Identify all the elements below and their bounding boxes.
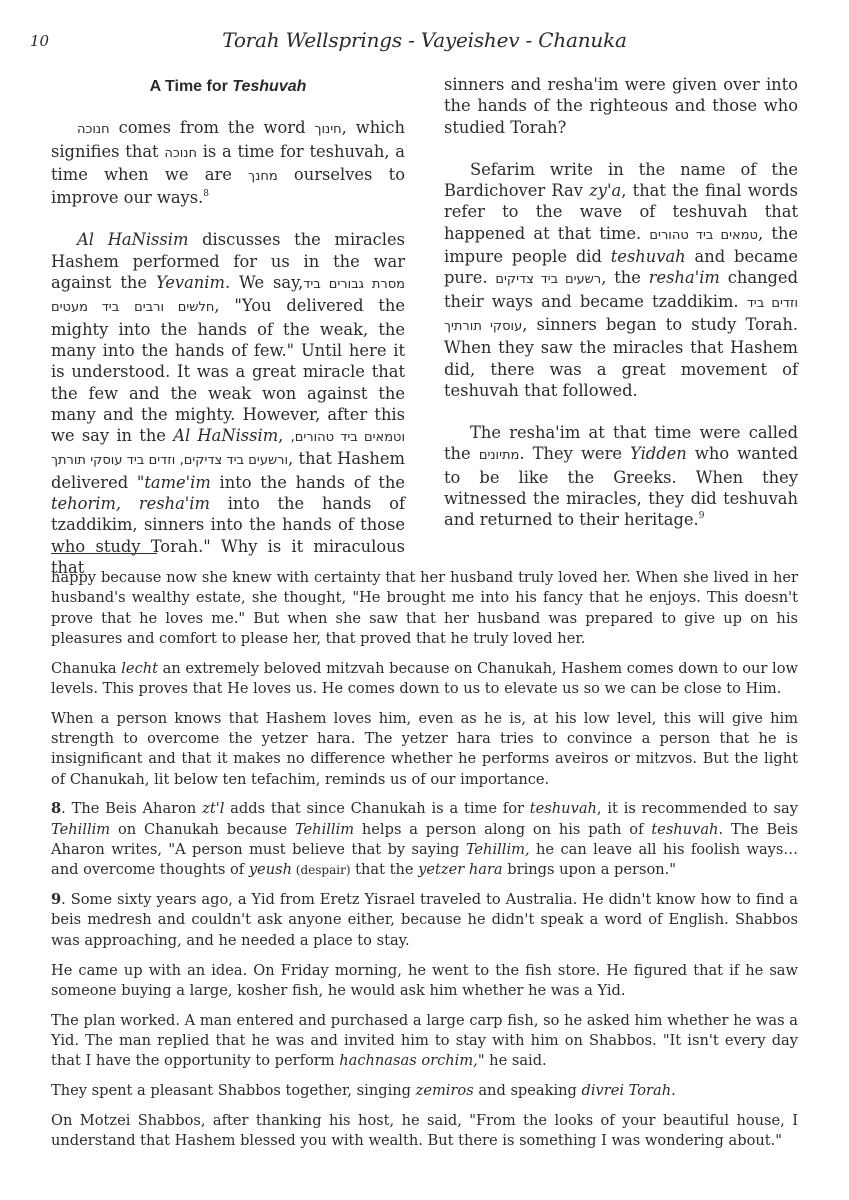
text-run: adds that since Chanukah is a time for	[224, 800, 529, 817]
hebrew-text: ביד מעטים	[51, 300, 119, 315]
text-run: . They were	[519, 444, 630, 463]
footnote-9-paragraph: They spent a pleasant Shabbos together, …	[51, 1081, 798, 1101]
text-run: that the	[351, 861, 419, 878]
hebrew-text: חנוכה	[164, 146, 197, 161]
italic-text: Tehillim	[51, 821, 110, 838]
main-text-columns: A Time for Teshuvah חנוכה comes from the…	[51, 74, 798, 599]
italic-text: Yidden	[630, 444, 687, 463]
footnote-9-paragraph: On Motzei Shabbos, after thanking his ho…	[51, 1111, 798, 1152]
footnote-continuation: Chanuka lecht an extremely beloved mitzv…	[51, 659, 798, 700]
footnote-number: 8	[51, 800, 61, 817]
italic-text: Al HaNissim	[173, 426, 278, 445]
right-column: sinners and resha'im were given over int…	[444, 74, 798, 599]
italic-text: zt'l	[202, 800, 224, 817]
book-title: Torah Wellsprings - Vayeishev - Chanuka	[30, 28, 819, 52]
footnote-9-paragraph: He came up with an idea. On Friday morni…	[51, 961, 798, 1002]
italic-text: Tehillim	[295, 821, 354, 838]
hebrew-text: מתיונים	[479, 448, 520, 463]
text-run: into the hands of the	[211, 473, 405, 492]
text-run: . We say,	[225, 273, 303, 292]
text-run: . The Beis Aharon	[61, 800, 202, 817]
footnote-number: 9	[51, 891, 61, 908]
paragraph-continuation: sinners and resha'im were given over int…	[444, 74, 798, 138]
italic-text: zy'a	[589, 181, 621, 200]
text-run: helps a person along on his path of	[354, 821, 651, 838]
text-run: and speaking	[474, 1082, 582, 1099]
text-run	[119, 296, 134, 315]
text-run: on Chanukah because	[110, 821, 295, 838]
italic-text: resha'im	[649, 268, 720, 287]
hebrew-text: חנוכה	[77, 122, 110, 137]
footnote-8: 8. The Beis Aharon zt'l adds that since …	[51, 799, 798, 880]
paragraph-misyavnim: The resha'im at that time were called th…	[444, 422, 798, 530]
hebrew-text: רשעים ביד צדיקים	[495, 272, 601, 287]
italic-text: yetzer hara	[418, 861, 502, 878]
footnote-divider	[51, 553, 157, 554]
italic-text: teshuvah	[530, 800, 597, 817]
text-run: " he said.	[478, 1052, 547, 1069]
hebrew-text: חינוך	[314, 122, 341, 137]
text-run: comes from the word	[110, 118, 315, 137]
paragraph-chanukah-chinuch: חנוכה comes from the word חינוך, which s…	[51, 117, 405, 208]
paragraph-al-hanissim: Al HaNissim discusses the miracles Hashe…	[51, 229, 405, 578]
footnotes-section: happy because now she knew with certaint…	[51, 568, 798, 1161]
heading-italic-text: Teshuvah	[232, 78, 306, 95]
italic-text: lecht	[121, 660, 158, 677]
italic-text: Al HaNissim	[77, 230, 188, 249]
text-run: Chanuka	[51, 660, 121, 677]
book-page: 10 Torah Wellsprings - Vayeishev - Chanu…	[0, 0, 849, 1200]
footnote-continuation: happy because now she knew with certaint…	[51, 568, 798, 649]
text-run: , it is recommended to say	[597, 800, 798, 817]
footnote-continuation: When a person knows that Hashem loves hi…	[51, 709, 798, 790]
footnote-9-paragraph: The plan worked. A man entered and purch…	[51, 1011, 798, 1072]
running-header: 10 Torah Wellsprings - Vayeishev - Chanu…	[30, 28, 819, 58]
italic-text: tehorim, resha'im	[51, 494, 210, 513]
italic-text: Tehillim,	[466, 841, 530, 858]
italic-text: yeush	[249, 861, 292, 878]
left-column: A Time for Teshuvah חנוכה comes from the…	[51, 74, 405, 599]
footnote-ref-8[interactable]: 8	[203, 189, 209, 199]
italic-text: Yevanim	[156, 273, 225, 292]
text-run: , "You delivered the mighty into the han…	[51, 296, 405, 445]
text-run: They spent a pleasant Shabbos together, …	[51, 1082, 416, 1099]
footnote-9: 9. Some sixty years ago, a Yid from Eret…	[51, 890, 798, 951]
small-text: (despair)	[292, 863, 351, 877]
text-run: ,	[278, 426, 290, 445]
paragraph-bardichover-rav: Sefarim write in the name of the Bardich…	[444, 159, 798, 401]
hebrew-text: מחנך	[248, 169, 278, 184]
text-run: an extremely beloved mitzvah because on …	[51, 660, 798, 697]
footnote-ref-9[interactable]: 9	[699, 511, 705, 521]
italic-text: divrei Torah	[582, 1082, 672, 1099]
hebrew-text: טמאים ביד טהורים	[649, 228, 758, 243]
text-run: .	[671, 1082, 676, 1099]
italic-text: zemiros	[416, 1082, 474, 1099]
text-run: brings upon a person."	[503, 861, 676, 878]
italic-text: teshuvah	[651, 821, 718, 838]
text-run: . Some sixty years ago, a Yid from Eretz…	[51, 891, 798, 949]
section-heading: A Time for Teshuvah	[51, 76, 405, 97]
italic-text: hachnasas orchim,	[339, 1052, 478, 1069]
heading-text: A Time for	[150, 78, 233, 95]
italic-text: teshuvah	[611, 247, 686, 266]
italic-text: tame'im	[144, 473, 210, 492]
text-run: , the	[601, 268, 649, 287]
